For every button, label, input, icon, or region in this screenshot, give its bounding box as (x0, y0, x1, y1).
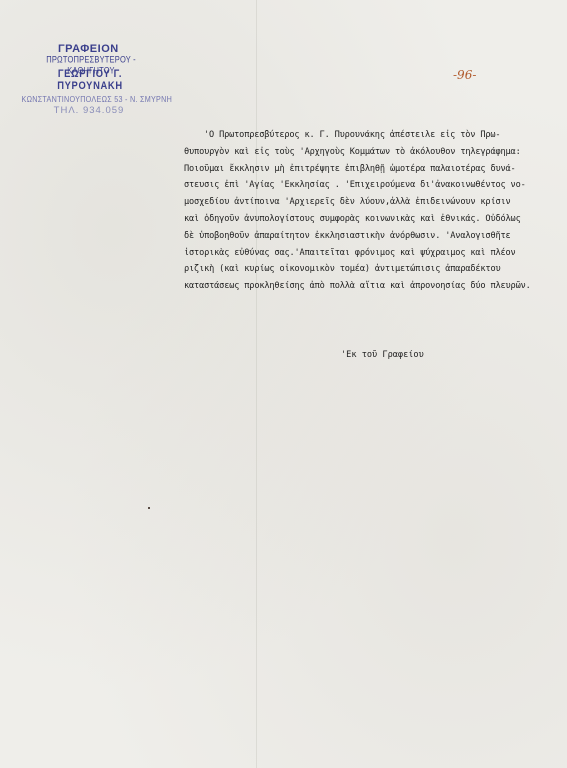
body-line: στευσις ἐπὶ 'Αγίας 'Εκκλησίας . 'Επιχειρ… (184, 177, 564, 194)
stamp-address: ΚΩΝΣΤΑΝΤΙΝΟΥΠΟΛΕΩΣ 53 - Ν. ΣΜΥΡΝΗ (22, 95, 157, 104)
typed-body-text: 'Ο Πρωτοπρεσβύτερος κ. Γ. Πυρουνάκης ἀπέ… (184, 127, 564, 295)
stamp-phone: ΤΗΛ. 934.059 (14, 105, 164, 116)
handwritten-page-number: -96- (453, 68, 476, 82)
letterhead-office: ΓΡΑΦΕΙΟΝ (58, 43, 118, 55)
signature-line: 'Εκ τοῦ Γραφείου (341, 350, 424, 360)
letterhead-name: ΓΕΩΡΓΙΟΥ Γ. ΠΥΡΟΥΝΑΚΗ (31, 68, 150, 92)
body-line: ριζικὴ (καὶ κυρίως οἰκονομικὸν τομέα) ἀν… (184, 261, 564, 278)
body-line: Ποιοῦμαι ἔκκλησιν μὴ ἐπιτρέψητε ἐπιβληθῇ… (184, 161, 564, 178)
body-line: μοσχεδίου ἀντίποινα 'Αρχιερεῖς δὲν λύουν… (184, 194, 564, 211)
body-line: δὲ ὑποβοηθοῦν ἀπαραίτητον ἐκκλησιαστικὴν… (184, 228, 564, 245)
paper-speck (148, 507, 150, 509)
body-line: 'Ο Πρωτοπρεσβύτερος κ. Γ. Πυρουνάκης ἀπέ… (184, 127, 564, 144)
body-line: καταστάσεως προκληθείσης ἀπὸ πολλὰ αἴτια… (184, 278, 564, 295)
address-stamp: ΚΩΝΣΤΑΝΤΙΝΟΥΠΟΛΕΩΣ 53 - Ν. ΣΜΥΡΝΗ ΤΗΛ. 9… (14, 95, 164, 116)
body-line: θυπουργὸν καὶ εἰς τοὺς 'Αρχηγοὺς Κομμάτω… (184, 144, 564, 161)
body-line: ἱστορικὰς εὐθύνας σας.'Απαιτεῖται φρόνιμ… (184, 245, 564, 262)
document-page: ΓΡΑΦΕΙΟΝ ΠΡΩΤΟΠΡΕΣΒΥΤΕΡΟΥ - ΚΑΘΗΓΗΤΟΥ ΓΕ… (0, 0, 567, 768)
paper-fold-line (256, 0, 257, 768)
body-line: καὶ ὁδηγοῦν ἀνυπολογίστους συμφορὰς κοιν… (184, 211, 564, 228)
